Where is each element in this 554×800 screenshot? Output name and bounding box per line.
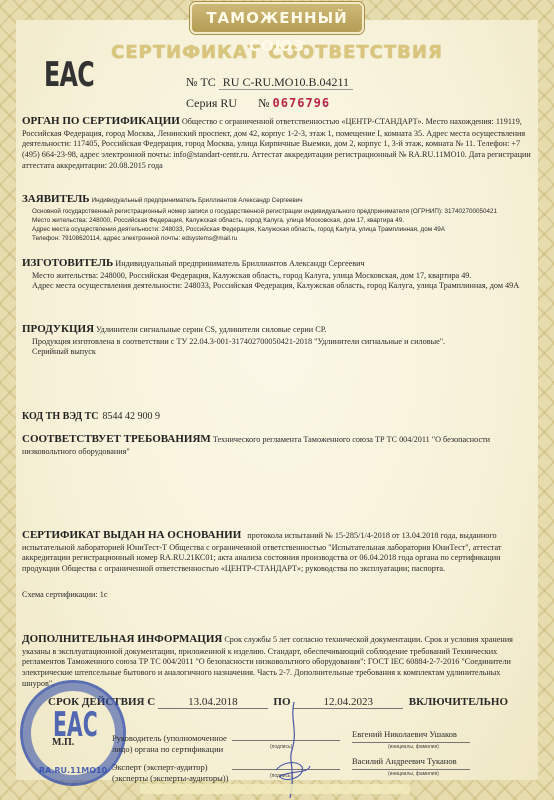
expert-name-caption: (инициалы, фамилия) [388,771,439,777]
blank-number-label: № [258,96,269,110]
product-line: Серийный выпуск [22,347,532,358]
section-tn-ved: КОД ТН ВЭД ТС 8544 42 900 9 [22,410,532,423]
validity-suffix: ВКЛЮЧИТЕЛЬНО [409,696,508,708]
applicant-line: Место жительства: 248000, Российская Фед… [22,216,532,225]
section-heading: КОД ТН ВЭД ТС [22,411,99,422]
section-heading: ОРГАН ПО СЕРТИФИКАЦИИ [22,115,180,127]
printer-info-strip [140,784,410,794]
expert-name-line [352,769,470,770]
section-basis: СЕРТИФИКАТ ВЫДАН НА ОСНОВАНИИ протокола … [22,528,532,575]
customs-union-banner: ТАМОЖЕННЫЙ СОЮЗ [190,2,364,34]
certificate-number: № ТС RU C-RU.МО10.В.04211 [186,75,353,90]
eac-logo-icon: ЕАС [44,55,94,95]
number-label: № ТС [186,75,216,89]
certificate-sheet: ТАМОЖЕННЫЙ СОЮЗ СЕРТИФИКАТ СООТВЕТСТВИЯ … [0,0,554,800]
product-line: Продукция изготовлена в соответствии с Т… [22,337,532,348]
head-name-caption: (инициалы, фамилия) [388,744,439,750]
section-heading: СООТВЕТСТВУЕТ ТРЕБОВАНИЯМ [22,433,211,445]
manufacturer-line: Адрес места осуществления деятельности: … [22,281,532,292]
number-value: RU C-RU.МО10.В.04211 [219,75,353,90]
expert-name: Василий Андреевич Туканов [352,756,457,767]
section-heading: СЕРТИФИКАТ ВЫДАН НА ОСНОВАНИИ [22,529,241,541]
scheme-text: Схема сертификации: 1с [22,590,107,599]
series-line: Серия RU № 0676796 [186,96,330,111]
section-heading: ПРОДУКЦИЯ [22,323,94,335]
section-heading: ДОПОЛНИТЕЛЬНАЯ ИНФОРМАЦИЯ [22,633,222,645]
head-role: Руководитель (уполномоченное лицо) орган… [112,733,227,756]
section-conforms: СООТВЕТСТВУЕТ ТРЕБОВАНИЯМ Технического р… [22,432,532,457]
section-additional: ДОПОЛНИТЕЛЬНАЯ ИНФОРМАЦИЯ Срок службы 5 … [22,632,532,690]
series-value: RU [220,96,237,110]
applicant-line: Телефон: 79108620114, адрес электронной … [22,234,532,243]
applicant-line: Адрес места осуществления деятельности: … [22,225,532,234]
stamp-rim-text: RA.RU.11МО10 [23,766,123,775]
manufacturer-line: Место жительства: 248000, Российская Фед… [22,271,532,282]
head-name-line [352,742,470,743]
applicant-line: Основной государственный регистрационный… [22,207,532,216]
certification-scheme: Схема сертификации: 1с [22,590,532,601]
stamp-place-label: М.П. [52,737,74,748]
valid-from-date: 13.04.2018 [158,696,268,709]
section-applicant: ЗАЯВИТЕЛЬ Индивидуальный предприниматель… [22,192,532,243]
certification-stamp-icon: ЕАС RA.RU.11МО10 [20,680,126,786]
series-label: Серия [186,96,217,110]
head-name: Евгений Николаевич Ушаков [352,729,457,740]
section-heading: ИЗГОТОВИТЕЛЬ [22,257,113,269]
manufacturer-name: Индивидуальный предприниматель Бриллиант… [115,259,364,268]
applicant-name: Индивидуальный предприниматель Бриллиант… [92,197,303,204]
section-certification-body: ОРГАН ПО СЕРТИФИКАЦИИ Общество с огранич… [22,114,532,172]
expert-role: Эксперт (эксперт-аудитор) (эксперты (экс… [112,762,237,785]
product-name: Удлинители сигнальные серии CS, удлините… [96,325,326,334]
tn-ved-code: 8544 42 900 9 [103,411,161,422]
section-heading: ЗАЯВИТЕЛЬ [22,193,90,205]
blank-number: 0676796 [273,96,331,110]
section-manufacturer: ИЗГОТОВИТЕЛЬ Индивидуальный предпринимат… [22,256,532,292]
section-product: ПРОДУКЦИЯ Удлинители сигнальные серии CS… [22,322,532,358]
